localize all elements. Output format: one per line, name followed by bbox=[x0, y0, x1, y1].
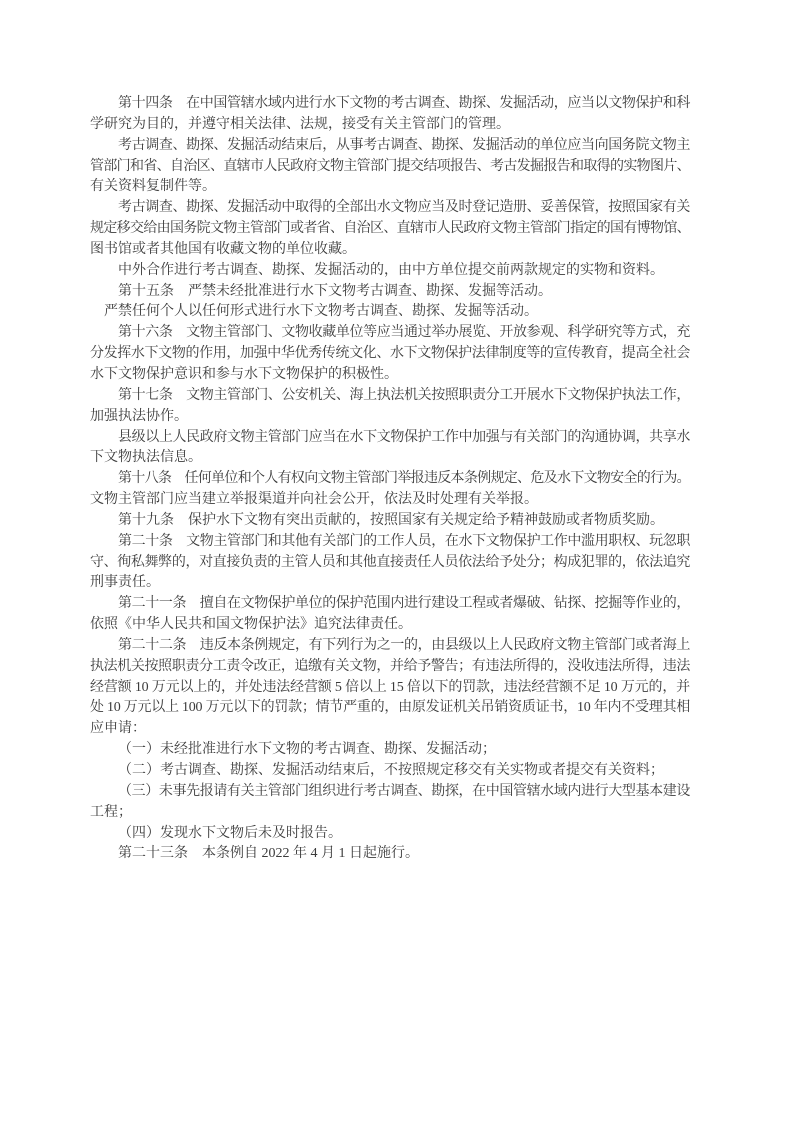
text-line-32: （一）未经批准进行水下文物的考古调查、勘探、发掘活动； bbox=[90, 740, 690, 761]
line-text: 第二十条 文物主管部门和其他有关部门的工作人员，在水下文物保护工作中滥用职权、玩… bbox=[118, 532, 690, 553]
text-line-1: 第十四条 在中国管辖水域内进行水下文物的考古调查、勘探、发掘活动，应当以文物保护… bbox=[90, 94, 690, 115]
page: 第十四条 在中国管辖水域内进行水下文物的考古调查、勘探、发掘活动，应当以文物保护… bbox=[0, 0, 793, 1122]
line-text: 分发挥水下文物的作用，加强中华优秀传统文化、水下文物保护法律制度等的宣传教育，提… bbox=[90, 344, 690, 365]
line-text: 严禁任何个人以任何形式进行水下文物考古调查、勘探、发掘等活动。 bbox=[104, 302, 538, 323]
text-line-11: 严禁任何个人以任何形式进行水下文物考古调查、勘探、发掘等活动。 bbox=[90, 302, 690, 323]
text-line-7: 规定移交给由国务院文物主管部门或者省、自治区、直辖市人民政府文物主管部门指定的国… bbox=[90, 219, 690, 240]
line-text: 管部门和省、自治区、直辖市人民政府文物主管部门提交结项报告、考古发掘报告和取得的… bbox=[90, 157, 690, 178]
line-text: 水下文物保护意识和参与水下文物保护的积极性。 bbox=[90, 365, 398, 386]
text-line-20: 文物主管部门应当建立举报渠道并向社会公开，依法及时处理有关举报。 bbox=[90, 490, 690, 511]
line-text: 执法机关按照职责分工责令改正，追缴有关文物，并给予警告；有违法所得的，没收违法所… bbox=[90, 657, 690, 678]
document-body: 第十四条 在中国管辖水域内进行水下文物的考古调查、勘探、发掘活动，应当以文物保护… bbox=[90, 94, 690, 865]
text-line-30: 处 10 万元以上 100 万元以下的罚款；情节严重的，由原发证机关吊销资质证书… bbox=[90, 698, 690, 719]
line-text: 刑事责任。 bbox=[90, 573, 160, 594]
text-line-27: 第二十二条 违反本条例规定，有下列行为之一的，由县级以上人民政府文物主管部门或者… bbox=[90, 636, 690, 657]
line-text: 文物主管部门应当建立举报渠道并向社会公开，依法及时处理有关举报。 bbox=[90, 490, 538, 511]
line-text: 第十九条 保护水下文物有突出贡献的，按照国家有关规定给予精神鼓励或者物质奖励。 bbox=[118, 511, 664, 532]
text-line-16: 加强执法协作。 bbox=[90, 407, 690, 428]
text-line-4: 管部门和省、自治区、直辖市人民政府文物主管部门提交结项报告、考古发掘报告和取得的… bbox=[90, 157, 690, 178]
text-line-24: 刑事责任。 bbox=[90, 573, 690, 594]
text-line-33: （二）考古调查、勘探、发掘活动结束后，不按照规定移交有关实物或者提交有关资料； bbox=[90, 761, 690, 782]
text-line-18: 下文物执法信息。 bbox=[90, 448, 690, 469]
line-text: 加强执法协作。 bbox=[90, 407, 188, 428]
line-text: （一）未经批准进行水下文物的考古调查、勘探、发掘活动； bbox=[118, 740, 496, 761]
line-text: 第二十一条 擅自在文物保护单位的保护范围内进行建设工程或者爆破、钻探、挖掘等作业… bbox=[118, 594, 690, 615]
text-line-14: 水下文物保护意识和参与水下文物保护的积极性。 bbox=[90, 365, 690, 386]
line-text: 第十六条 文物主管部门、文物收藏单位等应当通过举办展览、开放参观、科学研究等方式… bbox=[118, 323, 690, 344]
text-line-19: 第十八条 任何单位和个人有权向文物主管部门举报违反本条例规定、危及水下文物安全的… bbox=[90, 469, 690, 490]
line-text: （四）发现水下文物后未及时报告。 bbox=[118, 824, 342, 845]
text-line-35: 工程； bbox=[90, 803, 690, 824]
line-text: 第十八条 任何单位和个人有权向文物主管部门举报违反本条例规定、危及水下文物安全的… bbox=[118, 469, 690, 490]
line-text: 下文物执法信息。 bbox=[90, 448, 202, 469]
text-line-8: 图书馆或者其他国有收藏文物的单位收藏。 bbox=[90, 240, 690, 261]
line-text: 处 10 万元以上 100 万元以下的罚款；情节严重的，由原发证机关吊销资质证书… bbox=[90, 698, 690, 719]
text-line-6: 考古调查、勘探、发掘活动中取得的全部出水文物应当及时登记造册、妥善保管，按照国家… bbox=[90, 198, 690, 219]
line-text: 图书馆或者其他国有收藏文物的单位收藏。 bbox=[90, 240, 356, 261]
line-text: 应申请： bbox=[90, 719, 146, 740]
line-text: （二）考古调查、勘探、发掘活动结束后，不按照规定移交有关实物或者提交有关资料； bbox=[118, 761, 664, 782]
text-line-31: 应申请： bbox=[90, 719, 690, 740]
text-line-2: 学研究为目的，并遵守相关法律、法规，接受有关主管部门的管理。 bbox=[90, 115, 690, 136]
line-text: 县级以上人民政府文物主管部门应当在水下文物保护工作中加强与有关部门的沟通协调，共… bbox=[118, 428, 690, 449]
line-text: 第十五条 严禁未经批准进行水下文物考古调查、勘探、发掘等活动。 bbox=[118, 282, 552, 303]
line-text: 第十七条 文物主管部门、公安机关、海上执法机关按照职责分工开展水下文物保护执法工… bbox=[118, 386, 690, 407]
text-line-36: （四）发现水下文物后未及时报告。 bbox=[90, 824, 690, 845]
line-text: 有关资料复制件等。 bbox=[90, 177, 216, 198]
text-line-21: 第十九条 保护水下文物有突出贡献的，按照国家有关规定给予精神鼓励或者物质奖励。 bbox=[90, 511, 690, 532]
line-text: 中外合作进行考古调查、勘探、发掘活动的，由中方单位提交前两款规定的实物和资料。 bbox=[118, 261, 664, 282]
text-line-23: 守、徇私舞弊的，对直接负责的主管人员和其他直接责任人员依法给予处分；构成犯罪的，… bbox=[90, 553, 690, 574]
line-text: 考古调查、勘探、发掘活动中取得的全部出水文物应当及时登记造册、妥善保管，按照国家… bbox=[118, 198, 690, 219]
line-text: 学研究为目的，并遵守相关法律、法规，接受有关主管部门的管理。 bbox=[90, 115, 510, 136]
line-text: 经营额 10 万元以上的，并处违法经营额 5 倍以上 15 倍以下的罚款，违法经… bbox=[90, 678, 690, 699]
text-line-10: 第十五条 严禁未经批准进行水下文物考古调查、勘探、发掘等活动。 bbox=[90, 282, 690, 303]
line-text: 规定移交给由国务院文物主管部门或者省、自治区、直辖市人民政府文物主管部门指定的国… bbox=[90, 219, 690, 240]
text-line-26: 依照《中华人民共和国文物保护法》追究法律责任。 bbox=[90, 615, 690, 636]
text-line-29: 经营额 10 万元以上的，并处违法经营额 5 倍以上 15 倍以下的罚款，违法经… bbox=[90, 678, 690, 699]
text-line-34: （三）未事先报请有关主管部门组织进行考古调查、勘探，在中国管辖水域内进行大型基本… bbox=[90, 782, 690, 803]
text-line-9: 中外合作进行考古调查、勘探、发掘活动的，由中方单位提交前两款规定的实物和资料。 bbox=[90, 261, 690, 282]
text-line-37: 第二十三条 本条例自 2022 年 4 月 1 日起施行。 bbox=[90, 844, 690, 865]
text-line-3: 考古调查、勘探、发掘活动结束后，从事考古调查、勘探、发掘活动的单位应当向国务院文… bbox=[90, 136, 690, 157]
text-line-5: 有关资料复制件等。 bbox=[90, 177, 690, 198]
text-line-12: 第十六条 文物主管部门、文物收藏单位等应当通过举办展览、开放参观、科学研究等方式… bbox=[90, 323, 690, 344]
text-line-13: 分发挥水下文物的作用，加强中华优秀传统文化、水下文物保护法律制度等的宣传教育，提… bbox=[90, 344, 690, 365]
line-text: 第二十三条 本条例自 2022 年 4 月 1 日起施行。 bbox=[118, 844, 419, 865]
line-text: 第十四条 在中国管辖水域内进行水下文物的考古调查、勘探、发掘活动，应当以文物保护… bbox=[118, 94, 690, 115]
line-text: 考古调查、勘探、发掘活动结束后，从事考古调查、勘探、发掘活动的单位应当向国务院文… bbox=[118, 136, 690, 157]
text-line-17: 县级以上人民政府文物主管部门应当在水下文物保护工作中加强与有关部门的沟通协调，共… bbox=[90, 428, 690, 449]
line-text: 第二十二条 违反本条例规定，有下列行为之一的，由县级以上人民政府文物主管部门或者… bbox=[118, 636, 690, 657]
line-text: 依照《中华人民共和国文物保护法》追究法律责任。 bbox=[90, 615, 412, 636]
line-text: 守、徇私舞弊的，对直接负责的主管人员和其他直接责任人员依法给予处分；构成犯罪的，… bbox=[90, 553, 690, 574]
line-text: 工程； bbox=[90, 803, 132, 824]
text-line-25: 第二十一条 擅自在文物保护单位的保护范围内进行建设工程或者爆破、钻探、挖掘等作业… bbox=[90, 594, 690, 615]
line-text: （三）未事先报请有关主管部门组织进行考古调查、勘探，在中国管辖水域内进行大型基本… bbox=[118, 782, 690, 803]
text-line-28: 执法机关按照职责分工责令改正，追缴有关文物，并给予警告；有违法所得的，没收违法所… bbox=[90, 657, 690, 678]
text-line-22: 第二十条 文物主管部门和其他有关部门的工作人员，在水下文物保护工作中滥用职权、玩… bbox=[90, 532, 690, 553]
text-line-15: 第十七条 文物主管部门、公安机关、海上执法机关按照职责分工开展水下文物保护执法工… bbox=[90, 386, 690, 407]
